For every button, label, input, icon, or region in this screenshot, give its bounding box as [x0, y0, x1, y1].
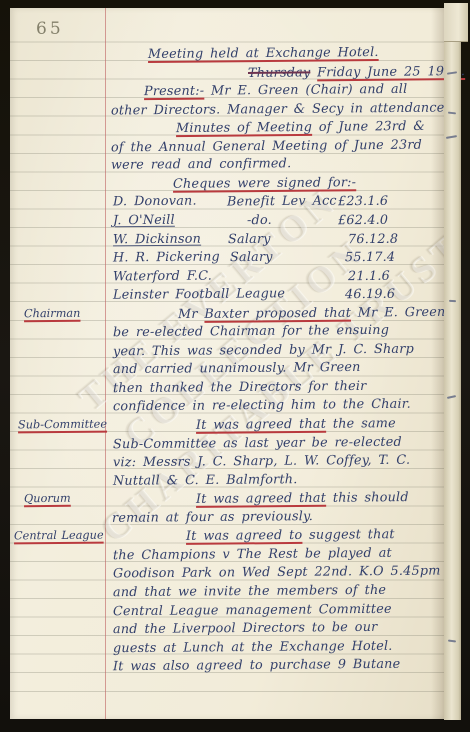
handwriting-text: 55.17.4 [345, 249, 395, 267]
handwriting-text: guests at Lunch at the Exchange Hotel. [113, 637, 393, 657]
manuscript-line: Thursday Friday June 25 1954. [0, 64, 470, 83]
handwriting-segment: other Directors. Manager & Secy in atten… [111, 100, 445, 118]
handwriting-segment: Salary [230, 250, 273, 265]
handwriting-text: Minutes of Meeting of June 23rd & [176, 118, 425, 138]
handwriting-text: then thanked the Directors for their [113, 378, 367, 398]
handwriting-text: Benefit Lev Acc [227, 193, 337, 212]
handwriting-segment: the same [326, 416, 396, 432]
handwriting-text: Mr Baxter proposed that Mr E. Green [178, 304, 446, 324]
manuscript-line: W. DickinsonSalary76.12.8 [0, 231, 470, 250]
handwriting-segment: Mr [178, 307, 205, 322]
handwriting-segment: Mr E. Green (Chair) and all [204, 82, 407, 99]
handwriting-segment: confidence in re-electing him to the Cha… [113, 397, 411, 415]
handwriting-segment: 21.1.6 [348, 268, 390, 283]
manuscript-line: Sub-CommitteeIt was agreed that the same [0, 416, 470, 435]
handwriting-segment: and that we invite the members of the [113, 583, 386, 600]
handwriting-segment: remain at four as previously. [112, 509, 313, 526]
manuscript-line: year. This was seconded by Mr J. C. Shar… [0, 342, 470, 361]
handwriting-segment: the Champions v The Rest be played at [113, 546, 392, 563]
handwriting-text: Present:- Mr E. Green (Chair) and all [144, 81, 408, 101]
handwriting-text: be re-elected Chairman for the ensuing [113, 322, 389, 342]
handwriting-segment: Central League [14, 529, 104, 543]
handwriting-segment: year. This was seconded by Mr J. C. Shar… [113, 341, 414, 359]
handwriting-segment: It was agreed that [196, 491, 326, 507]
handwriting-text: Central League management Committee [113, 600, 392, 620]
manuscript-line: be re-elected Chairman for the ensuing [0, 323, 470, 342]
handwriting-text: viz: Messrs J. C. Sharp, L. W. Coffey, T… [113, 452, 410, 473]
handwriting-text: £23.1.6 [338, 193, 388, 211]
handwriting-segment: of the Annual General Meeting of June 23… [111, 137, 422, 155]
handwriting-segment: Present:- [144, 84, 204, 100]
manuscript-line: confidence in re-electing him to the Cha… [0, 397, 470, 416]
handwriting-text: of the Annual General Meeting of June 23… [111, 136, 422, 157]
handwriting-segment: J. O'Neill [113, 213, 175, 229]
handwriting-text: Leinster Football League [113, 285, 285, 305]
manuscript-line: other Directors. Manager & Secy in atten… [0, 101, 470, 120]
manuscript-line: of the Annual General Meeting of June 23… [0, 138, 470, 157]
manuscript-line: were read and confirmed. [0, 156, 470, 175]
handwriting-text: It was agreed to suggest that [186, 526, 395, 546]
handwriting-segment: Sub-Committee [18, 418, 107, 432]
manuscript-line: Goodison Park on Wed Sept 22nd. K.O 5.45… [0, 564, 470, 583]
manuscript-line: Cheques were signed for:- [0, 175, 470, 194]
handwriting-segment: suggest that [302, 527, 395, 543]
manuscript-line: guests at Lunch at the Exchange Hotel. [0, 639, 470, 658]
handwriting-segment: 76.12.8 [348, 231, 398, 246]
margin-label: Central League [14, 527, 104, 546]
handwriting-segment: this should [326, 490, 409, 506]
handwriting-text: H. R. Pickering [113, 249, 220, 268]
handwriting-text: D. Donovan. [113, 193, 197, 212]
scanned-minute-book-photo: { "page": { "number": "65" }, "watermark… [0, 0, 470, 732]
handwriting-segment: Leinster Football League [113, 286, 285, 303]
manuscript-line: viz: Messrs J. C. Sharp, L. W. Coffey, T… [0, 453, 470, 472]
handwriting-text: were read and confirmed. [111, 156, 291, 176]
handwriting-segment: and carried unanimously. Mr Green [113, 360, 361, 377]
handwriting-text: other Directors. Manager & Secy in atten… [111, 99, 445, 120]
manuscript-line: Central LeagueIt was agreed to suggest t… [0, 527, 470, 546]
manuscript-line: ChairmanMr Baxter proposed that Mr E. Gr… [0, 305, 470, 324]
handwriting-text: Salary [228, 230, 271, 248]
handwriting-segment: Mr E. Green [351, 305, 446, 321]
handwriting-text: 21.1.6 [348, 267, 390, 285]
handwriting-text: Waterford F.C. [113, 267, 212, 286]
handwriting-text: Goodison Park on Wed Sept 22nd. K.O 5.45… [113, 563, 441, 584]
handwriting-segment: 46.19.6 [345, 287, 395, 302]
handwriting-text: £62.4.0 [338, 212, 388, 230]
handwriting-text: Cheques were signed for:- [173, 174, 356, 194]
handwriting-text: Thursday Friday June 25 1954. [248, 63, 465, 83]
handwriting-text: and the Liverpool Directors to be our [113, 619, 378, 639]
handwriting-text: Salary [230, 249, 273, 267]
manuscript-line: and that we invite the members of the [0, 583, 470, 602]
handwriting-segment: It was agreed that [196, 417, 326, 433]
handwriting-segment: Waterford F.C. [113, 268, 212, 284]
handwriting-segment: and the Liverpool Directors to be our [113, 620, 378, 637]
handwriting-segment: were read and confirmed. [111, 157, 291, 174]
handwriting-segment: Thursday [248, 65, 310, 81]
handwriting-text: -do. [247, 212, 272, 230]
handwriting-segment: be re-elected Chairman for the ensuing [113, 323, 389, 340]
handwriting-segment: 55.17.4 [345, 250, 395, 265]
handwriting-text: It was also agreed to purchase 9 Butane [113, 656, 400, 677]
handwriting-segment: Cheques were signed for:- [173, 175, 356, 192]
handwriting-text: remain at four as previously. [112, 508, 313, 528]
handwriting-segment: Minutes of Meeting [176, 120, 312, 136]
handwritten-minutes: Meeting held at Exchange Hotel.Thursday … [0, 0, 470, 732]
handwriting-segment: Benefit Lev Acc [227, 194, 337, 210]
handwriting-segment: Friday June 25 1954. [317, 64, 465, 80]
manuscript-line: QuorumIt was agreed that this should [0, 490, 470, 509]
margin-label: Quorum [24, 490, 71, 508]
manuscript-line: Sub-Committee as last year be re-elected [0, 435, 470, 454]
manuscript-line: Waterford F.C.21.1.6 [0, 268, 470, 287]
manuscript-line: Leinster Football League46.19.6 [0, 286, 470, 305]
handwriting-segment: It was also agreed to purchase 9 Butane [113, 657, 400, 675]
handwriting-text: W. Dickinson [113, 230, 201, 249]
manuscript-line: Present:- Mr E. Green (Chair) and all [0, 82, 470, 101]
handwriting-segment: then thanked the Directors for their [113, 379, 367, 396]
handwriting-segment: D. Donovan. [113, 194, 197, 210]
handwriting-segment: H. R. Pickering [113, 250, 220, 266]
handwriting-segment: It was agreed to [186, 528, 303, 544]
handwriting-segment: £23.1.6 [338, 194, 388, 209]
manuscript-line: H. R. PickeringSalary55.17.4 [0, 249, 470, 268]
handwriting-text: and that we invite the members of the [113, 582, 386, 602]
handwriting-text: and carried unanimously. Mr Green [113, 359, 361, 379]
margin-label: Sub-Committee [18, 416, 107, 435]
handwriting-segment: of June 23rd & [312, 119, 425, 135]
handwriting-segment: Salary [228, 231, 271, 246]
handwriting-text: Nuttall & C. E. Balmforth. [113, 471, 298, 491]
handwriting-segment: viz: Messrs J. C. Sharp, L. W. Coffey, T… [113, 453, 410, 471]
handwriting-segment: Baxter proposed that [204, 305, 351, 321]
manuscript-line: and carried unanimously. Mr Green [0, 360, 470, 379]
manuscript-line: D. Donovan.Benefit Lev Acc£23.1.6 [0, 193, 470, 212]
page-stack-corner [444, 3, 468, 42]
handwriting-segment: Nuttall & C. E. Balmforth. [113, 472, 298, 489]
handwriting-segment: Meeting held at Exchange Hotel. [148, 45, 379, 62]
manuscript-line: J. O'Neill-do.£62.4.0 [0, 212, 470, 231]
manuscript-line: It was also agreed to purchase 9 Butane [0, 657, 470, 676]
handwriting-text: year. This was seconded by Mr J. C. Shar… [113, 340, 414, 361]
handwriting-segment: -do. [247, 213, 272, 228]
manuscript-line: Minutes of Meeting of June 23rd & [0, 119, 470, 138]
manuscript-line: Central League management Committee [0, 602, 470, 621]
handwriting-segment: Goodison Park on Wed Sept 22nd. K.O 5.45… [113, 564, 441, 582]
handwriting-segment: Central League management Committee [113, 601, 392, 618]
handwriting-text: 46.19.6 [345, 286, 395, 304]
handwriting-text: Meeting held at Exchange Hotel. [148, 44, 379, 64]
handwriting-text: confidence in re-electing him to the Cha… [113, 396, 411, 417]
manuscript-line: and the Liverpool Directors to be our [0, 620, 470, 639]
handwriting-text: the Champions v The Rest be played at [113, 545, 392, 565]
handwriting-text: J. O'Neill [113, 212, 175, 231]
manuscript-line: Nuttall & C. E. Balmforth. [0, 472, 470, 491]
manuscript-line: remain at four as previously. [0, 509, 470, 528]
handwriting-text: Sub-Committee as last year be re-elected [113, 433, 402, 454]
margin-label: Chairman [24, 304, 81, 322]
manuscript-line: Meeting held at Exchange Hotel. [0, 45, 470, 64]
handwriting-segment: guests at Lunch at the Exchange Hotel. [113, 638, 393, 655]
handwriting-text: It was agreed that the same [196, 415, 396, 435]
handwriting-text: It was agreed that this should [196, 489, 409, 509]
ink-bleed-mark [449, 300, 456, 302]
handwriting-segment: W. Dickinson [113, 231, 201, 247]
handwriting-segment: Quorum [24, 492, 71, 505]
handwriting-text: 76.12.8 [348, 230, 398, 248]
handwriting-segment: Sub-Committee as last year be re-elected [113, 434, 402, 452]
handwriting-segment: Chairman [24, 306, 81, 319]
handwriting-segment: £62.4.0 [338, 213, 388, 228]
